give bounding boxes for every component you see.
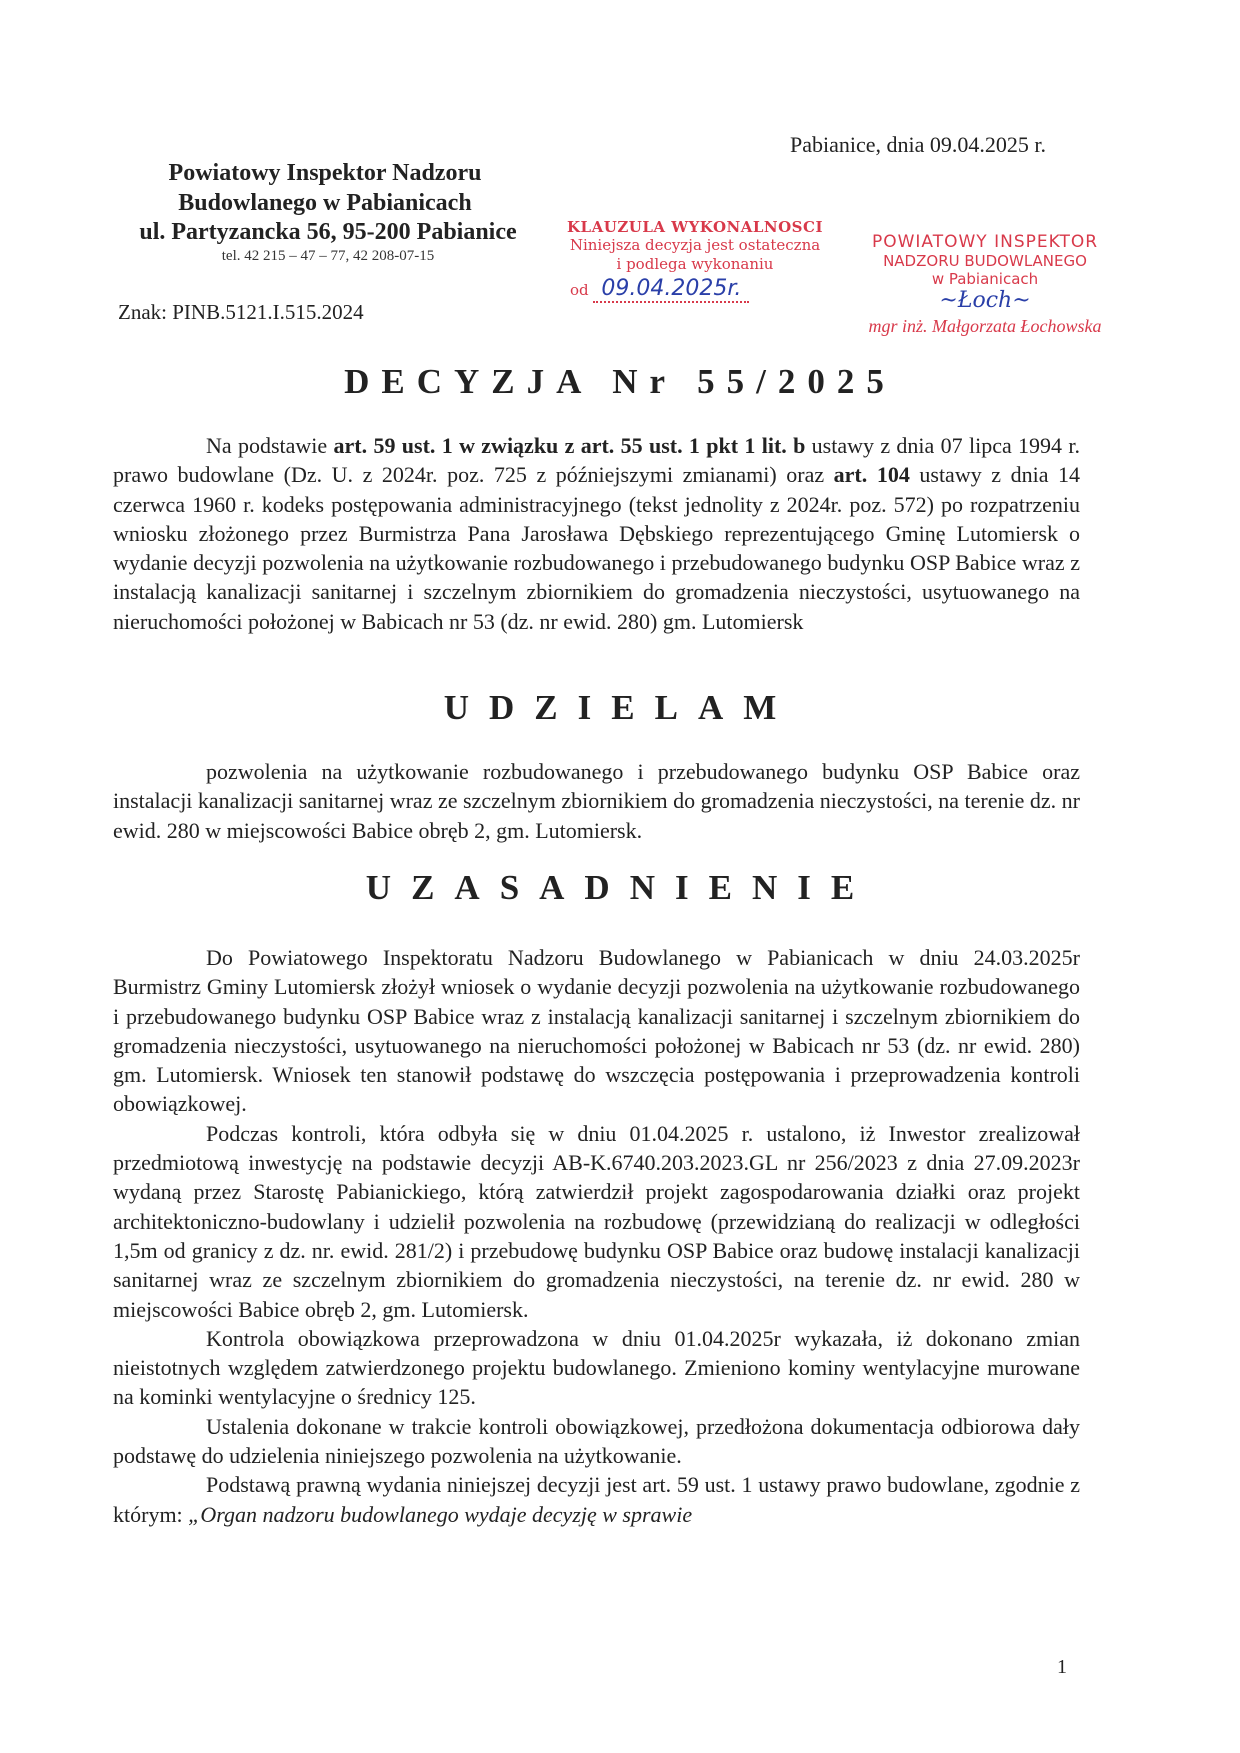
intro-paragraph: Na podstawie art. 59 ust. 1 w związku z … xyxy=(113,431,1080,636)
justification-paragraph: Do Powiatowego Inspektoratu Nadzoru Budo… xyxy=(113,943,1080,1119)
intro-bold-1: art. 59 ust. 1 w związku z art. 55 ust. … xyxy=(334,433,806,458)
justification-paragraph: Ustalenia dokonane w trakcie kontroli ob… xyxy=(113,1412,1080,1471)
reference-number: Znak: PINB.5121.I.515.2024 xyxy=(118,300,364,325)
signatory-name: mgr inż. Małgorzata Łochowska xyxy=(850,316,1120,337)
intro-bold-2: art. 104 xyxy=(834,462,910,487)
official-stamp-line-2: NADZORU BUDOWLANEGO xyxy=(850,252,1120,270)
issuer-line-2: Budowlanego w Pabianicach xyxy=(130,188,520,218)
intro-text-1: Na podstawie xyxy=(206,433,334,458)
stamp-line-2: Niniejsza decyzja jest ostateczna xyxy=(550,236,840,255)
issuer-name: Powiatowy Inspektor Nadzoru Budowlanego … xyxy=(130,158,520,218)
legal-basis-quote: „Organ nadzoru budowlanego wydaje decyzj… xyxy=(188,1502,692,1527)
place-date: Pabianice, dnia 09.04.2025 r. xyxy=(790,132,1046,158)
grant-paragraph: pozwolenia na użytkowanie rozbudowanego … xyxy=(113,757,1080,845)
page-number: 1 xyxy=(1057,1656,1067,1679)
grant-heading: UDZIELAM xyxy=(0,688,1240,728)
stamp-date-line: od 09.04.2025r. xyxy=(550,276,840,301)
official-stamp-line-1: POWIATOWY INSPEKTOR xyxy=(850,232,1120,252)
signature: ~Łoch~ xyxy=(850,288,1120,316)
enforcement-stamp: KLAUZULA WYKONALNOSCI Niniejsza decyzja … xyxy=(550,218,840,301)
justification-body: Do Powiatowego Inspektoratu Nadzoru Budo… xyxy=(113,943,1080,1529)
issuer-phone: tel. 42 215 – 47 – 77, 42 208-07-15 xyxy=(118,248,538,265)
official-stamp-line-3: w Pabianicach xyxy=(850,270,1120,288)
grant-text: pozwolenia na użytkowanie rozbudowanego … xyxy=(113,757,1080,845)
stamp-line-3: i podlega wykonaniu xyxy=(550,255,840,274)
justification-paragraph: Kontrola obowiązkowa przeprowadzona w dn… xyxy=(113,1324,1080,1412)
legal-basis-paragraph: Podstawą prawną wydania niniejszej decyz… xyxy=(113,1470,1080,1529)
handwritten-date: 09.04.2025r. xyxy=(593,276,749,303)
intro-text-3: ustawy z dnia 14 czerwca 1960 r. kodeks … xyxy=(113,462,1080,633)
stamp-title: KLAUZULA WYKONALNOSCI xyxy=(550,218,840,236)
issuer-line-1: Powiatowy Inspektor Nadzoru xyxy=(130,158,520,188)
justification-heading: UZASADNIENIE xyxy=(0,868,1240,908)
stamp-prefix: od xyxy=(570,281,589,299)
issuer-address: ul. Partyzancka 56, 95-200 Pabianice xyxy=(118,218,538,246)
document-title: DECYZJA Nr 55/2025 xyxy=(0,362,1240,402)
justification-paragraph: Podczas kontroli, która odbyła się w dni… xyxy=(113,1119,1080,1324)
official-stamp: POWIATOWY INSPEKTOR NADZORU BUDOWLANEGO … xyxy=(850,232,1120,337)
